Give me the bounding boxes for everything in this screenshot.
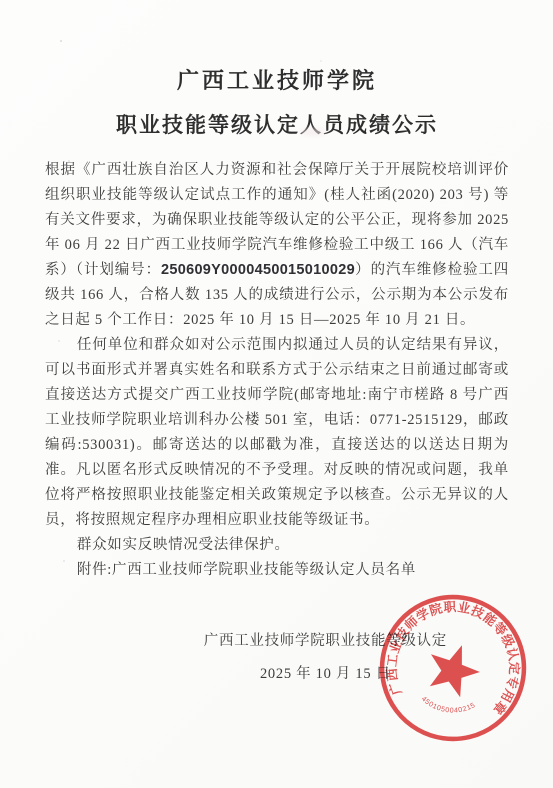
title-line-2: 职业技能等级认定人员成绩公示	[45, 110, 509, 140]
paragraph-1-text-a: 根据《广西壮族自治区人力资源和社会保障厅关于开展院校培训评价组织职业技能等级认定…	[45, 162, 509, 278]
seal-serial-holder: 4501050040215	[418, 694, 477, 719]
seal-serial-number: 4501050040215	[418, 694, 477, 719]
scan-smudge	[300, 128, 326, 136]
plan-number: 250609Y0000450015010029	[161, 262, 355, 278]
paragraph-1: 根据《广西壮族自治区人力资源和社会保障厅关于开展院校培训评价组织职业技能等级认定…	[45, 158, 509, 333]
paragraph-2: 任何单位和群众如对公示范围内拟通过人员的认定结果有异议，可以书面形式并署真实姓名…	[45, 333, 509, 533]
title-line-1: 广西工业技师学院	[45, 66, 509, 96]
document-title: 广西工业技师学院 职业技能等级认定人员成绩公示	[45, 66, 509, 140]
scan-speck	[60, 40, 62, 42]
signature-date: 2025 年 10 月 15 日	[204, 662, 447, 687]
document-body: 根据《广西壮族自治区人力资源和社会保障厅关于开展院校培训评价组织职业技能等级认定…	[45, 158, 509, 583]
signature-issuer: 广西工业技师学院职业技能等级认定	[204, 629, 447, 654]
signature-block: 广西工业技师学院职业技能等级认定 2025 年 10 月 15 日	[204, 629, 447, 687]
scanned-document-page: 广西工业技师学院 职业技能等级认定人员成绩公示 根据《广西壮族自治区人力资源和社…	[0, 0, 553, 788]
attachment-line: 附件:广西工业技师学院职业技能等级认定人员名单	[45, 558, 509, 583]
paragraph-3: 群众如实反映情况受法律保护。	[45, 533, 509, 558]
